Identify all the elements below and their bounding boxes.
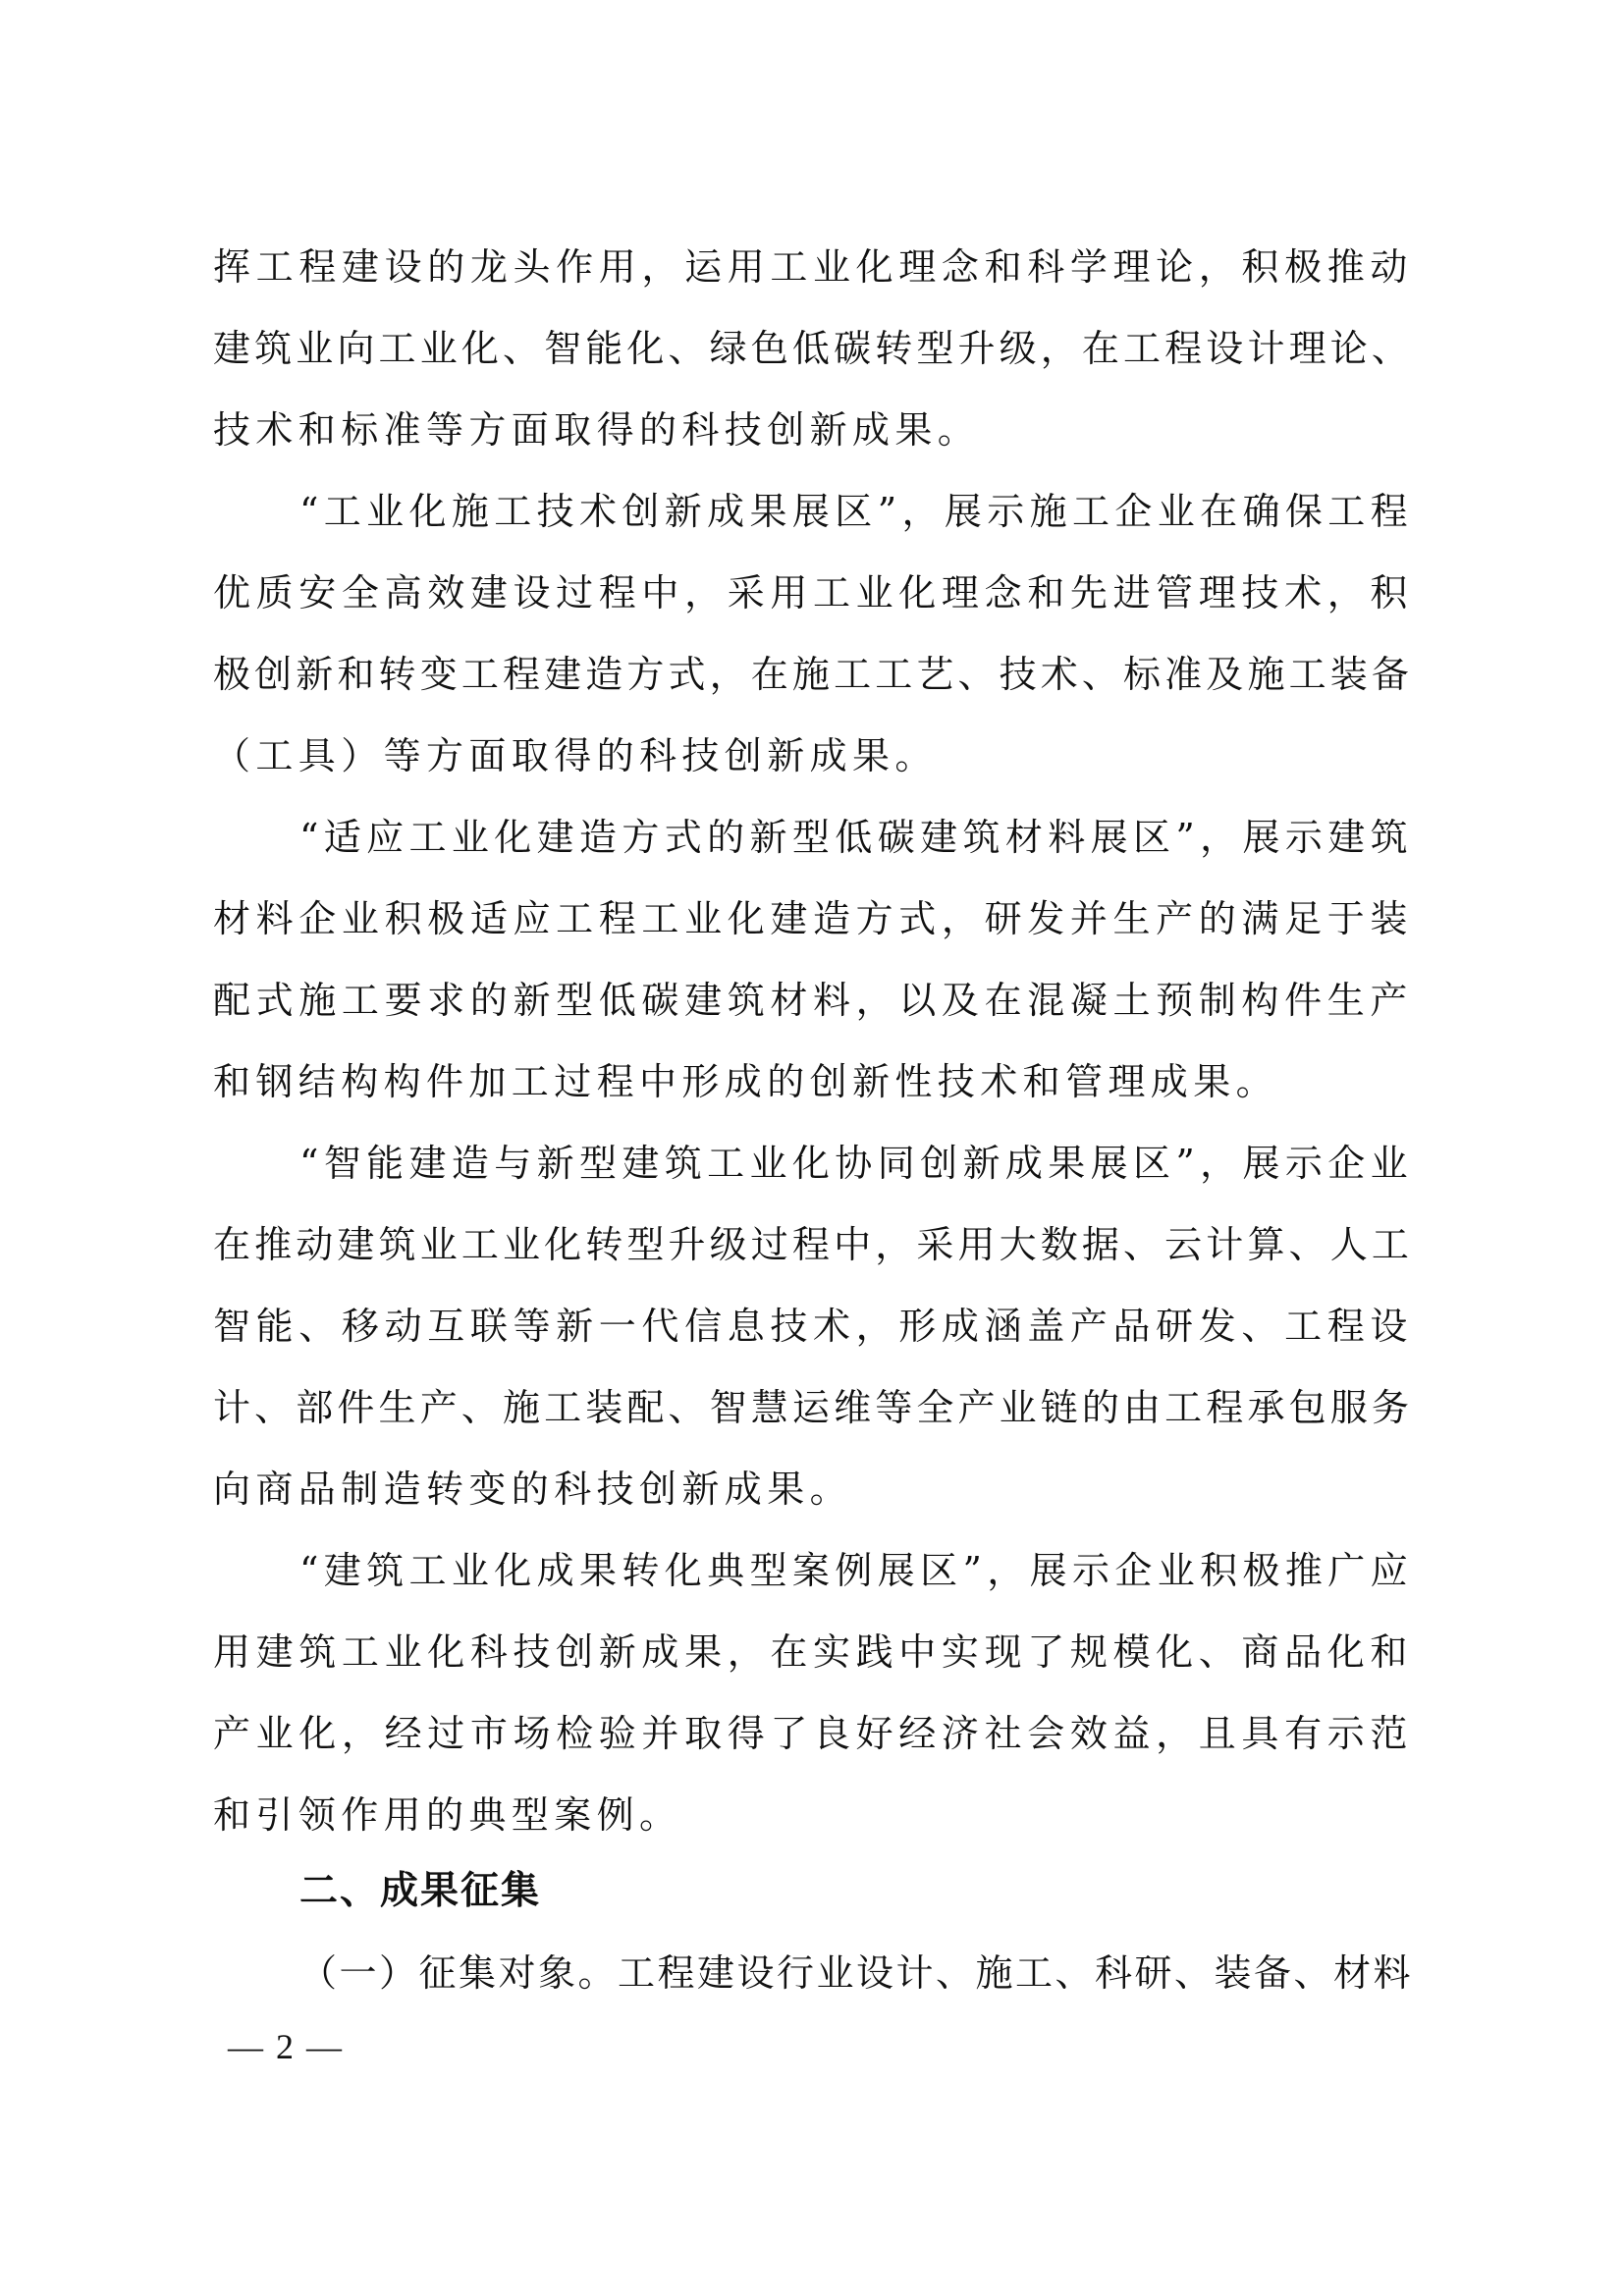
paragraph-line: “建筑工业化成果转化典型案例展区”，展示企业积极推广应 xyxy=(299,1541,1413,1600)
paragraph-line: 极创新和转变工程建造方式，在施工工艺、技术、标准及施工装备 xyxy=(213,645,1413,704)
paragraph-line: 在推动建筑业工业化转型升级过程中，采用大数据、云计算、人工 xyxy=(213,1215,1413,1274)
paragraph-line: 建筑业向工业化、智能化、绿色低碳转型升级，在工程设计理论、 xyxy=(213,319,1413,378)
section-heading: 二、成果征集 xyxy=(299,1862,541,1921)
paragraph-line: “工业化施工技术创新成果展区”，展示施工企业在确保工程 xyxy=(299,482,1413,541)
paragraph-line: 配式施工要求的新型低碳建筑材料，以及在混凝土预制构件生产 xyxy=(213,971,1413,1030)
document-page: 挥工程建设的龙头作用，运用工业化理念和科学理论，积极推动建筑业向工业化、智能化、… xyxy=(0,0,1623,2296)
paragraph-line: 智能、移动互联等新一代信息技术，形成涵盖产品研发、工程设 xyxy=(213,1297,1413,1356)
page-number: — 2 — xyxy=(228,2022,344,2071)
paragraph-line: 技术和标准等方面取得的科技创新成果。 xyxy=(213,400,980,459)
paragraph-line: 用建筑工业化科技创新成果，在实践中实现了规模化、商品化和 xyxy=(213,1623,1413,1682)
paragraph-line: 产业化，经过市场检验并取得了良好经济社会效益，且具有示范 xyxy=(213,1704,1413,1763)
paragraph-line: 优质安全高效建设过程中，采用工业化理念和先进管理技术，积 xyxy=(213,563,1413,622)
paragraph-line: 向商品制造转变的科技创新成果。 xyxy=(213,1460,852,1519)
subsection-line: （一）征集对象。工程建设行业设计、施工、科研、装备、材料 xyxy=(299,1944,1413,2002)
paragraph-line: “智能建造与新型建筑工业化协同创新成果展区”，展示企业 xyxy=(299,1134,1413,1193)
paragraph-line: 材料企业积极适应工程工业化建造方式，研发并生产的满足于装 xyxy=(213,889,1413,948)
paragraph-line: 计、部件生产、施工装配、智慧运维等全产业链的由工程承包服务 xyxy=(213,1378,1413,1437)
paragraph-line: “适应工业化建造方式的新型低碳建筑材料展区”，展示建筑 xyxy=(299,808,1413,867)
paragraph-line: 和钢结构构件加工过程中形成的创新性技术和管理成果。 xyxy=(213,1052,1278,1111)
paragraph-line: 挥工程建设的龙头作用，运用工业化理念和科学理论，积极推动 xyxy=(213,238,1413,296)
paragraph-line: 和引领作用的典型案例。 xyxy=(213,1786,681,1844)
paragraph-line: （工具）等方面取得的科技创新成果。 xyxy=(213,726,938,785)
